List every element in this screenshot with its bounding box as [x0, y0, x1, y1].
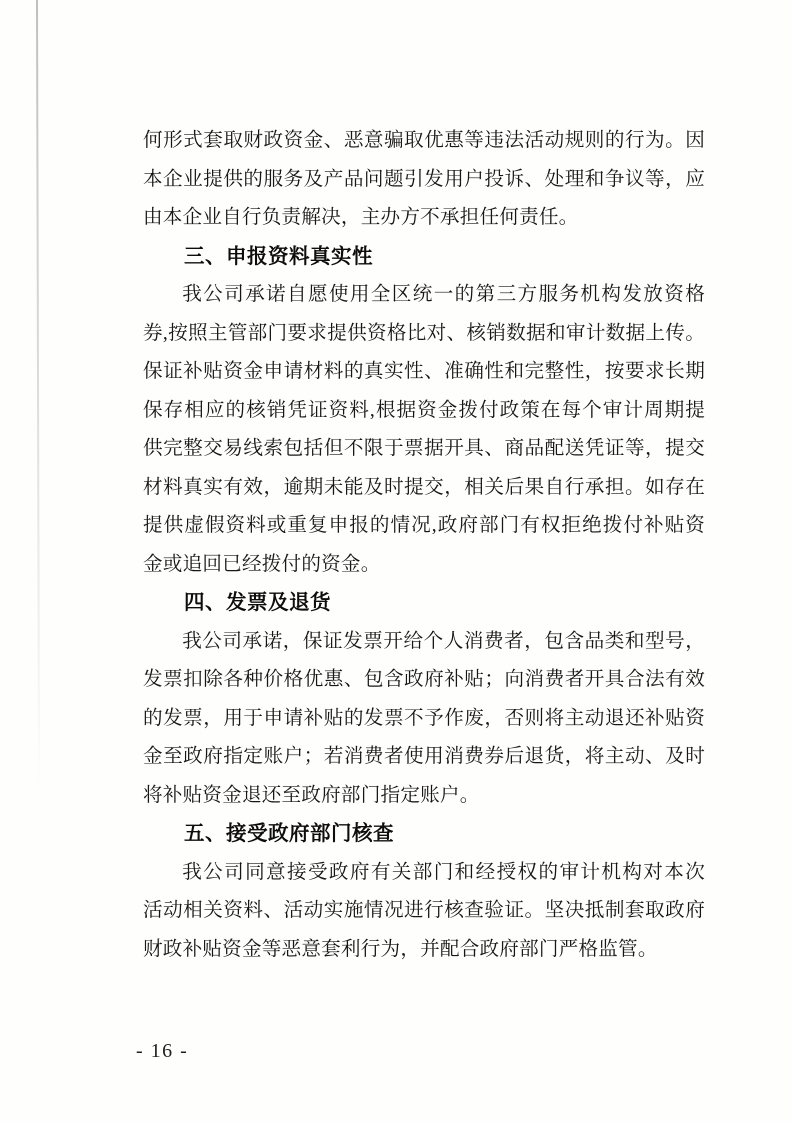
text-line: 提供虚假资料或重复申报的情况,政府部门有权拒绝拨付补贴资 — [143, 507, 705, 546]
text-line: 供完整交易线索包括但不限于票据开具、商品配送凭证等，提交 — [143, 430, 705, 469]
text-line: 何形式套取财政资金、恶意骗取优惠等违法活动规则的行为。因 — [143, 122, 705, 161]
text-line: 金或追回已经拨付的资金。 — [143, 546, 705, 585]
text-line: 金至政府指定账户；若消费者使用消费券后退货，将主动、及时 — [143, 738, 705, 777]
text-line: 我公司同意接受政府有关部门和经授权的审计机构对本次 — [143, 854, 705, 893]
document-page: 何形式套取财政资金、恶意骗取优惠等违法活动规则的行为。因本企业提供的服务及产品问… — [0, 0, 793, 1122]
section-heading: 四、发票及退货 — [143, 584, 705, 623]
body-text: 何形式套取财政资金、恶意骗取优惠等违法活动规则的行为。因本企业提供的服务及产品问… — [143, 122, 705, 969]
text-line: 我公司承诺，保证发票开给个人消费者，包含品类和型号， — [143, 623, 705, 662]
text-line: 本企业提供的服务及产品问题引发用户投诉、处理和争议等，应 — [143, 161, 705, 200]
text-line: 材料真实有效，逾期未能及时提交，相关后果自行承担。如存在 — [143, 469, 705, 508]
text-line: 保存相应的核销凭证资料,根据资金拨付政策在每个审计周期提 — [143, 392, 705, 431]
text-line: 发票扣除各种价格优惠、包含政府补贴；向消费者开具合法有效 — [143, 661, 705, 700]
text-line: 保证补贴资金申请材料的真实性、准确性和完整性，按要求长期 — [143, 353, 705, 392]
text-line: 券,按照主管部门要求提供资格比对、核销数据和审计数据上传。 — [143, 315, 705, 354]
page-number: - 16 - — [136, 1040, 188, 1063]
section-heading: 五、接受政府部门核查 — [143, 815, 705, 854]
text-line: 我公司承诺自愿使用全区统一的第三方服务机构发放资格 — [143, 276, 705, 315]
text-line: 的发票，用于申请补贴的发票不予作废，否则将主动退还补贴资 — [143, 700, 705, 739]
text-line: 将补贴资金退还至政府部门指定账户。 — [143, 777, 705, 816]
scan-artifact-line — [36, 0, 40, 790]
section-heading: 三、申报资料真实性 — [143, 238, 705, 277]
text-line: 活动相关资料、活动实施情况进行核查验证。坚决抵制套取政府 — [143, 892, 705, 931]
text-line: 财政补贴资金等恶意套利行为，并配合政府部门严格监管。 — [143, 931, 705, 970]
text-line: 由本企业自行负责解决，主办方不承担任何责任。 — [143, 199, 705, 238]
